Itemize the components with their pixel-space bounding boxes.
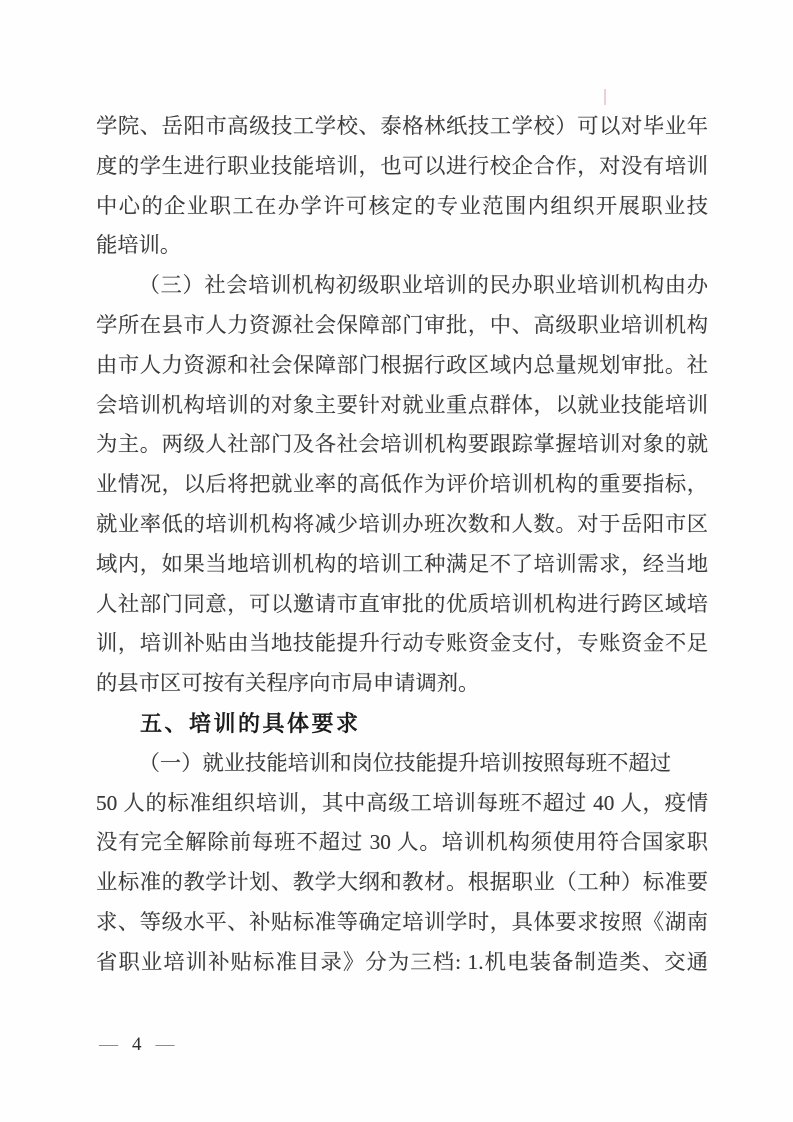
text-line: 域内，如果当地培训机构的培训工种满足不了培训需求，经当地 [96,545,708,585]
text-line: 就业率低的培训机构将减少培训办班次数和人数。对于岳阳市区 [96,505,708,545]
document-page: 学院、岳阳市高级技工学校、泰格林纸技工学校）可以对毕业年度的学生进行职业技能培训… [0,0,793,1122]
page-number: 4 [132,1034,142,1056]
section-heading: 五、培训的具体要求 [96,704,708,744]
footer-dash-left: — [99,1034,118,1056]
text-line: 会培训机构培训的对象主要针对就业重点群体，以就业技能培训 [96,386,708,426]
text-line: 的县市区可按有关程序向市局申请调剂。 [96,664,708,704]
text-line: 省职业培训补贴标准目录》分为三档: 1.机电装备制造类、交通 [96,943,708,983]
text-line: 求、等级水平、补贴标准等确定培训学时，具体要求按照《湖南 [96,903,708,943]
footer-dash-right: — [156,1034,175,1056]
text-line: 学所在县市人力资源社会保障部门审批，中、高级职业培训机构 [96,306,708,346]
text-line: 没有完全解除前每班不超过 30 人。培训机构须使用符合国家职 [96,823,708,863]
scan-artifact-line [604,89,606,105]
text-line: 训，培训补贴由当地技能提升行动专账资金支付，专账资金不足 [96,624,708,664]
text-line: 人社部门同意，可以邀请市直审批的优质培训机构进行跨区域培 [96,585,708,625]
text-line: （三）社会培训机构初级职业培训的民办职业培训机构由办 [96,266,708,306]
text-line: 能培训。 [96,226,708,266]
text-line: 为主。两级人社部门及各社会培训机构要跟踪掌握培训对象的就 [96,425,708,465]
text-line: 学院、岳阳市高级技工学校、泰格林纸技工学校）可以对毕业年 [96,107,708,147]
text-line: 中心的企业职工在办学许可核定的专业范围内组织开展职业技 [96,187,708,227]
text-line: （一）就业技能培训和岗位技能提升培训按照每班不超过 [96,744,708,784]
text-line: 50 人的标准组织培训，其中高级工培训每班不超过 40 人，疫情 [96,784,708,824]
text-line: 业标准的教学计划、教学大纲和教材。根据职业（工种）标准要 [96,863,708,903]
text-line: 度的学生进行职业技能培训，也可以进行校企合作，对没有培训 [96,147,708,187]
text-line: 业情况，以后将把就业率的高低作为评价培训机构的重要指标， [96,465,708,505]
text-line: 由市人力资源和社会保障部门根据行政区域内总量规划审批。社 [96,346,708,386]
document-body: 学院、岳阳市高级技工学校、泰格林纸技工学校）可以对毕业年度的学生进行职业技能培训… [96,107,708,983]
page-footer: — 4 — [99,1034,175,1056]
